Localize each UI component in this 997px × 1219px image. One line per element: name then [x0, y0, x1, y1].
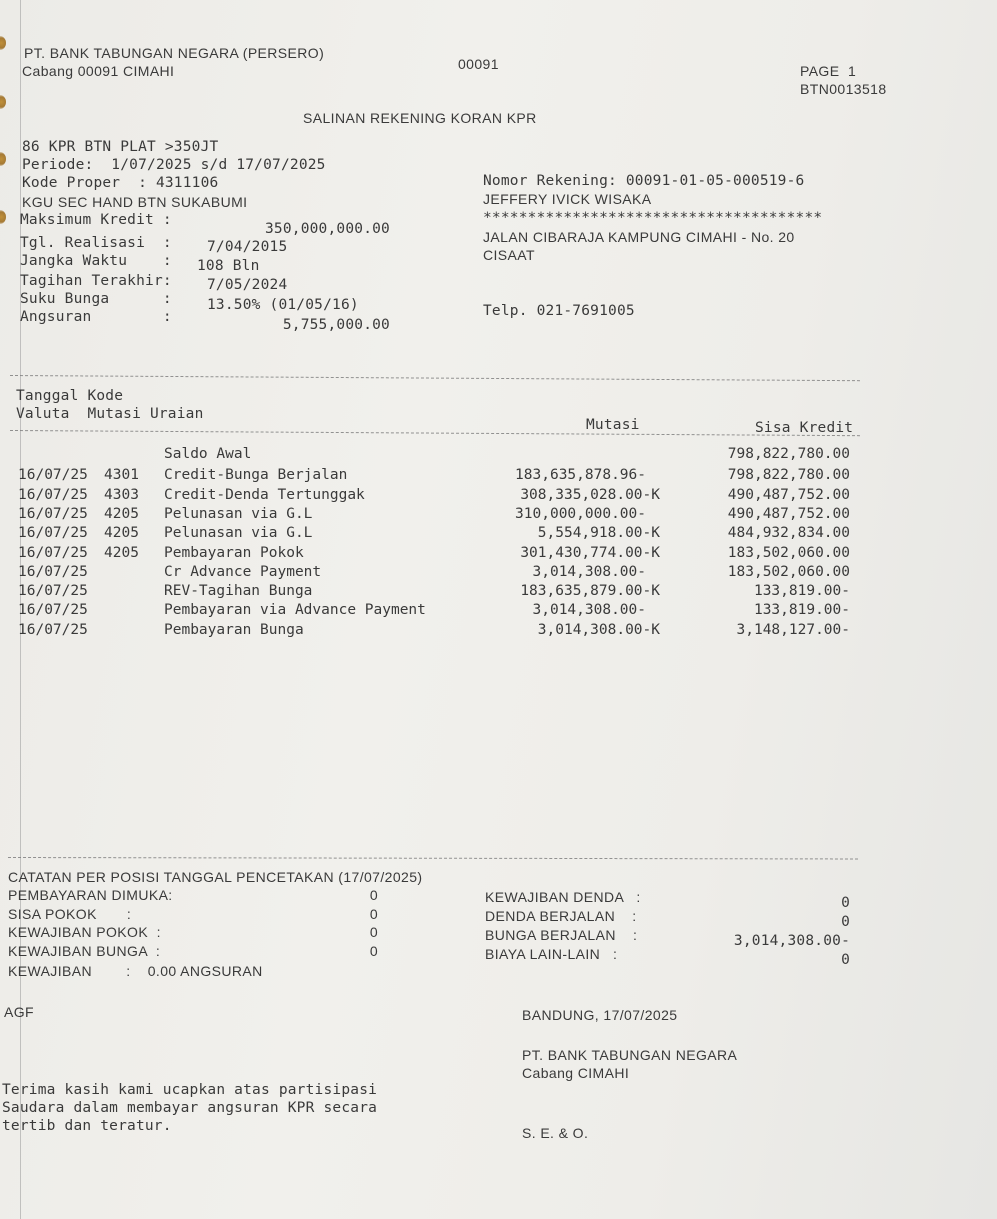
note-value: 0	[300, 905, 378, 923]
row-code: 4205	[104, 544, 139, 562]
row-date: 16/07/25	[18, 601, 88, 619]
row-date: 16/07/25	[18, 486, 88, 504]
table-header-line-1: Tanggal Kode	[16, 387, 123, 405]
note-label: BUNGA BERJALAN :	[485, 926, 637, 944]
table-row: 16/07/25Pembayaran Bunga3,014,308.00-K3,…	[0, 621, 997, 640]
table-row: 16/07/25Pembayaran via Advance Payment3,…	[0, 601, 997, 620]
errors-omissions: S. E. & O.	[522, 1124, 588, 1142]
field-label: Tgl. Realisasi :	[20, 234, 172, 252]
field-label: Tagihan Terakhir:	[20, 272, 172, 290]
note-label: SISA POKOK :	[8, 905, 131, 923]
row-code: 4303	[104, 486, 139, 504]
page-title: SALINAN REKENING KORAN KPR	[303, 109, 537, 127]
row-date: 16/07/25	[18, 466, 88, 484]
row-description: Pembayaran via Advance Payment	[164, 601, 426, 619]
field-value-jangka: 108 Bln	[197, 257, 260, 275]
binding-hole-icon	[0, 152, 6, 166]
row-description: Credit-Bunga Berjalan	[164, 466, 347, 484]
row-sisa-kredit: 3,148,127.00-	[690, 621, 850, 639]
note-value: 0	[300, 886, 378, 904]
product-name: 86 KPR BTN PLAT >350JT	[22, 138, 218, 156]
masked-line: **************************************	[483, 209, 822, 227]
table-header-line-2: Valuta Mutasi Uraian	[16, 405, 204, 423]
note-value: 3,014,308.00-	[690, 932, 850, 950]
page-number: PAGE 1	[800, 62, 856, 80]
row-date: 16/07/25	[18, 563, 88, 581]
row-mutasi: 183,635,879.00-K	[400, 582, 660, 600]
row-description: Pembayaran Pokok	[164, 544, 304, 562]
printed-statement: PT. BANK TABUNGAN NEGARA (PERSERO) Caban…	[0, 0, 997, 1219]
binding-hole-icon	[0, 210, 6, 224]
note-value: 0	[690, 951, 850, 969]
branch-code: 00091	[458, 55, 499, 73]
field-value-realisasi: 7/04/2015	[207, 238, 287, 256]
place-date: BANDUNG, 17/07/2025	[522, 1006, 677, 1024]
field-value-suku-bunga: 13.50% (01/05/16)	[207, 296, 359, 314]
row-sisa-kredit: 490,487,752.00	[690, 505, 850, 523]
note-value: 0	[690, 894, 850, 912]
row-date: 16/07/25	[18, 582, 88, 600]
row-sisa-kredit: 133,819.00-	[690, 582, 850, 600]
account-number: Nomor Rekening: 00091-01-05-000519-6	[483, 172, 804, 190]
row-sisa-kredit: 133,819.00-	[690, 601, 850, 619]
field-value-maks-kredit: 350,000,000.00	[230, 220, 390, 238]
row-sisa-kredit: 490,487,752.00	[690, 486, 850, 504]
period: Periode: 1/07/2025 s/d 17/07/2025	[22, 156, 326, 174]
address-line-1: JALAN CIBARAJA KAMPUNG CIMAHI - No. 20	[483, 228, 795, 246]
row-date: 16/07/25	[18, 524, 88, 542]
document-code: BTN0013518	[800, 80, 887, 98]
note-label: KEWAJIBAN BUNGA :	[8, 942, 160, 960]
row-description: Cr Advance Payment	[164, 563, 321, 581]
table-row: 16/07/254303Credit-Denda Tertunggak308,3…	[0, 486, 997, 505]
note-label: KEWAJIBAN POKOK :	[8, 923, 161, 941]
row-code: 4205	[104, 524, 139, 542]
field-value-tagihan: 7/05/2024	[207, 276, 287, 294]
row-sisa-kredit: 484,932,834.00	[690, 524, 850, 542]
row-description: Pelunasan via G.L	[164, 505, 312, 523]
row-description: Credit-Denda Tertunggak	[164, 486, 365, 504]
branch-name: Cabang 00091 CIMAHI	[22, 62, 174, 80]
row-mutasi: 310,000,000.00-	[400, 505, 660, 523]
note-label: BIAYA LAIN-LAIN :	[485, 945, 617, 963]
row-description: Pelunasan via G.L	[164, 524, 312, 542]
signer-branch: Cabang CIMAHI	[522, 1064, 629, 1082]
table-row: Saldo Awal798,822,780.00	[0, 445, 997, 464]
row-date: 16/07/25	[18, 621, 88, 639]
row-code: 4301	[104, 466, 139, 484]
divider	[8, 857, 858, 859]
field-value-angsuran: 5,755,000.00	[230, 316, 390, 334]
row-sisa-kredit: 798,822,780.00	[690, 445, 850, 463]
field-label: Jangka Waktu :	[20, 252, 172, 270]
table-row: 16/07/254205Pembayaran Pokok301,430,774.…	[0, 544, 997, 563]
table-row: 16/07/25REV-Tagihan Bunga183,635,879.00-…	[0, 582, 997, 601]
row-mutasi: 308,335,028.00-K	[400, 486, 660, 504]
developer-name: KGU SEC HAND BTN SUKABUMI	[22, 193, 247, 211]
note-value: 0	[690, 913, 850, 931]
row-mutasi: 301,430,774.00-K	[400, 544, 660, 562]
notes-kewajiban: KEWAJIBAN : 0.00 ANGSURAN	[8, 962, 263, 980]
note-value: 0	[300, 942, 378, 960]
thanks-line-2: Saudara dalam membayar angsuran KPR seca…	[2, 1099, 377, 1117]
note-label: PEMBAYARAN DIMUKA:	[8, 886, 173, 904]
divider	[10, 375, 860, 381]
phone: Telp. 021-7691005	[483, 302, 635, 320]
row-description: REV-Tagihan Bunga	[164, 582, 312, 600]
row-sisa-kredit: 183,502,060.00	[690, 544, 850, 562]
table-row: 16/07/254301Credit-Bunga Berjalan183,635…	[0, 466, 997, 485]
row-code: 4205	[104, 505, 139, 523]
row-date: 16/07/25	[18, 505, 88, 523]
binding-hole-icon	[0, 36, 6, 50]
field-label: Angsuran :	[20, 308, 172, 326]
row-sisa-kredit: 798,822,780.00	[690, 466, 850, 484]
field-label: Suku Bunga :	[20, 290, 172, 308]
table-header-mutasi: Mutasi	[586, 416, 640, 434]
note-value: 0	[300, 923, 378, 941]
note-label: DENDA BERJALAN :	[485, 907, 637, 925]
row-mutasi: 3,014,308.00-	[400, 601, 660, 619]
kode-proper: Kode Proper : 4311106	[22, 174, 218, 192]
row-mutasi: 3,014,308.00-K	[400, 621, 660, 639]
signer-bank: PT. BANK TABUNGAN NEGARA	[522, 1046, 737, 1064]
row-date: 16/07/25	[18, 544, 88, 562]
note-label: KEWAJIBAN DENDA :	[485, 888, 641, 906]
field-label: Maksimum Kredit :	[20, 211, 172, 229]
address-line-2: CISAAT	[483, 246, 535, 264]
table-row: 16/07/25Cr Advance Payment3,014,308.00-1…	[0, 563, 997, 582]
thanks-line-3: tertib dan teratur.	[2, 1117, 172, 1135]
notes-title: CATATAN PER POSISI TANGGAL PENCETAKAN (1…	[8, 868, 422, 886]
table-row: 16/07/254205Pelunasan via G.L310,000,000…	[0, 505, 997, 524]
table-row: 16/07/254205Pelunasan via G.L5,554,918.0…	[0, 524, 997, 543]
row-description: Pembayaran Bunga	[164, 621, 304, 639]
row-mutasi: 5,554,918.00-K	[400, 524, 660, 542]
binding-hole-icon	[0, 95, 6, 109]
row-mutasi: 3,014,308.00-	[400, 563, 660, 581]
row-mutasi: 183,635,878.96-	[400, 466, 660, 484]
thanks-line-1: Terima kasih kami ucapkan atas partisipa…	[2, 1081, 377, 1099]
divider	[10, 430, 860, 436]
initials: AGF	[4, 1003, 34, 1021]
bank-name: PT. BANK TABUNGAN NEGARA (PERSERO)	[24, 44, 324, 62]
row-description: Saldo Awal	[164, 445, 251, 463]
customer-name: JEFFERY IVICK WISAKA	[483, 190, 652, 208]
row-sisa-kredit: 183,502,060.00	[690, 563, 850, 581]
